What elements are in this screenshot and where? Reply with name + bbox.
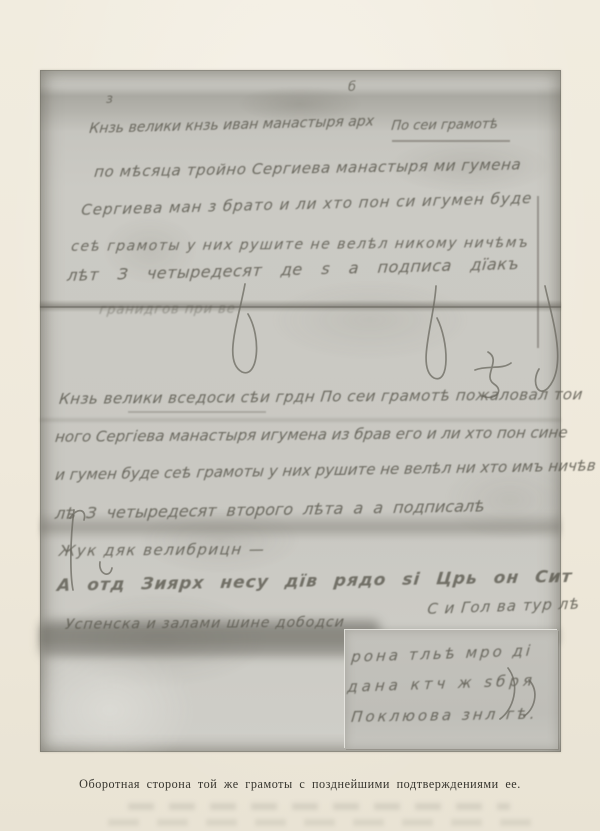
stray-mark: б [348, 80, 356, 95]
fold-crease-2 [40, 417, 561, 423]
manuscript-photo: з б Кнзь велики кнзь иван манастыря арх … [40, 70, 561, 752]
handwriting-line: Сергиева ман з брато и ли хто пон си игу… [81, 191, 534, 218]
handwriting-line: сеѣ грамоты у них рушите не велѣл никому… [70, 236, 530, 254]
handwriting-line: Успенска и залами шине дободси [64, 616, 345, 632]
handwriting-line: лѣт З четыредесят де ѕ а подписа дїакъ [66, 256, 520, 284]
handwriting-line: лѣ З четыредесят второго лѣта а а подпис… [54, 498, 485, 522]
handwriting-line: Поклюова знл гѣ. [350, 707, 538, 725]
page-bleedthrough-line-2 [108, 819, 544, 826]
vertical-crease [537, 196, 539, 348]
handwriting-line: По сеи грамотѣ [391, 118, 499, 133]
handwriting-underline [128, 411, 266, 413]
handwriting-line: Кнзь велики вседоси сѣи грдн По сеи грам… [58, 387, 583, 407]
handwriting-line: А отд Зиярх несу дїв рядо ѕі Црь он Сит [56, 569, 573, 595]
handwriting-line: и гумен буде сеѣ грамоты у них рушите не… [54, 459, 596, 483]
page-bleedthrough-line-1 [128, 803, 510, 810]
handwriting-line: Кнзь велики кнзь иван манастыря арх [89, 115, 375, 136]
stray-mark: з [106, 92, 113, 107]
handwriting-line: С и Гол ва тур лѣ [427, 597, 581, 617]
figure-caption: Оборотная сторона той же грамоты с поздн… [0, 777, 600, 792]
handwriting-line: по мѣсяца тройно Сергиева манастыря ми г… [93, 158, 522, 180]
handwriting-underline [392, 140, 510, 142]
handwriting-line: Жук дяк велибрицн — [58, 542, 266, 559]
handwriting-line: гранидгов при ве [99, 303, 237, 317]
handwriting-line: ного Сергіева манастыря игумена из брав … [54, 426, 568, 445]
